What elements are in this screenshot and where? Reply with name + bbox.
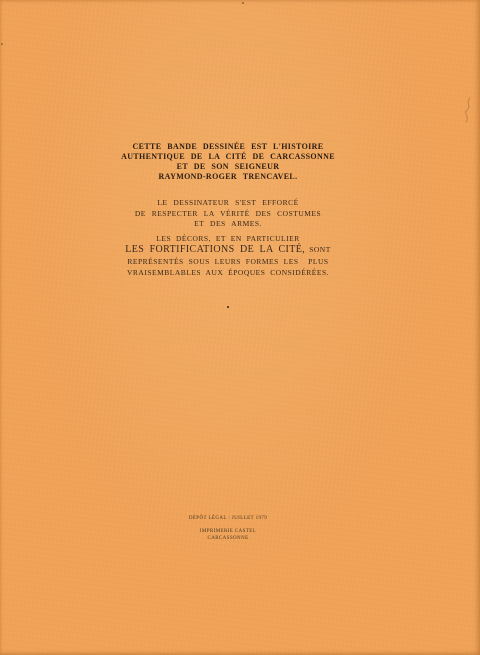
intro-paragraph: CETTE BANDE DESSINÉE EST L'HISTOIRE AUTH… xyxy=(0,142,456,182)
decors-line-1: LES DÉCORS, ET EN PARTICULIER xyxy=(0,233,456,244)
costumes-line-1: LE DESSINATEUR S'EST EFFORCÉ xyxy=(0,198,456,209)
intro-line-2: AUTHENTIQUE DE LA CITÉ DE CARCASSONNE xyxy=(0,152,456,162)
decors-line-4: VRAISEMBLABLES AUX ÉPOQUES CONSIDÉRÉES. xyxy=(0,267,456,278)
costumes-line-2: DE RESPECTER LA VÉRITÉ DES COSTUMES xyxy=(0,209,456,220)
imprint-block: DÉPÔT LÉGAL : JUILLET 1979 IMPRIMERIE CA… xyxy=(0,516,456,542)
decors-emphasis: LES FORTIFICATIONS DE LA CITÉ, xyxy=(125,244,305,255)
text-column: CETTE BANDE DESSINÉE EST L'HISTOIRE AUTH… xyxy=(0,0,456,655)
decors-line-2-rest: SONT xyxy=(309,245,331,254)
separator-dot: • xyxy=(0,304,456,312)
intro-line-4: RAYMOND-ROGER TRENCAVEL. xyxy=(0,172,456,182)
costumes-paragraph: LE DESSINATEUR S'EST EFFORCÉ DE RESPECTE… xyxy=(0,198,456,230)
intro-line-3: ET DE SON SEIGNEUR xyxy=(0,162,456,172)
pencil-mark xyxy=(459,97,477,123)
intro-line-1: CETTE BANDE DESSINÉE EST L'HISTOIRE xyxy=(0,142,456,152)
decors-paragraph: LES DÉCORS, ET EN PARTICULIER LES FORTIF… xyxy=(0,233,456,278)
costumes-line-3: ET DES ARMES. xyxy=(0,219,456,230)
printer-city-line: CARCASSONNE xyxy=(0,536,456,543)
decors-line-3: REPRÉSENTÉS SOUS LEURS FORMES LES PLUS xyxy=(0,256,456,267)
depot-legal-line: DÉPÔT LÉGAL : JUILLET 1979 xyxy=(0,516,456,523)
decors-line-2: LES FORTIFICATIONS DE LA CITÉ,SONT xyxy=(0,244,456,255)
book-back-cover: CETTE BANDE DESSINÉE EST L'HISTOIRE AUTH… xyxy=(0,0,480,655)
